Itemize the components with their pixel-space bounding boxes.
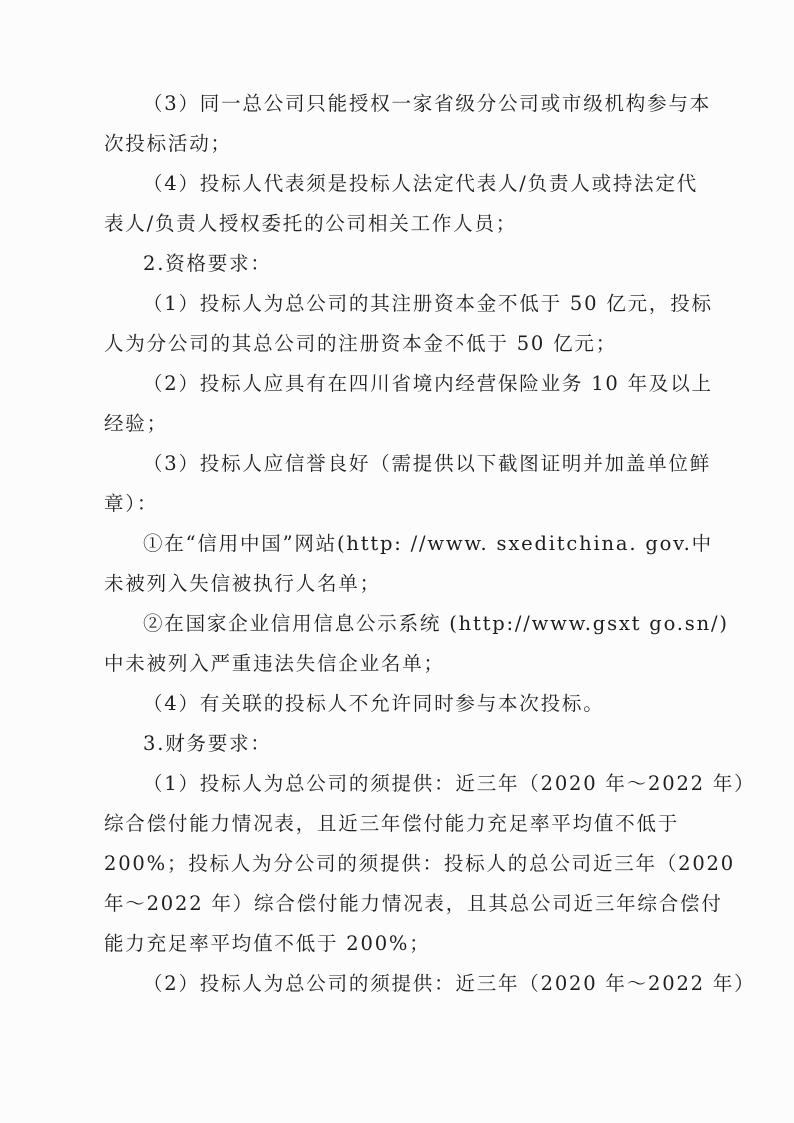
- document-page: （3）同一总公司只能授权一家省级分公司或市级机构参与本次投标活动；（4）投标人代…: [0, 0, 794, 1123]
- text-line: ②在国家企业信用信息公示系统 (http://www.gsxt go.sn/): [143, 612, 743, 636]
- section-heading: 3.财务要求：: [143, 732, 743, 756]
- text-line: ①在“信用中国”网站(http: //www. sxeditchina. gov…: [143, 532, 743, 556]
- text-line: 综合偿付能力情况表，且近三年偿付能力充足率平均值不低于: [104, 812, 704, 836]
- text-line: （3）投标人应信誉良好（需提供以下截图证明并加盖单位鲜: [143, 452, 743, 476]
- text-line: 表人/负责人授权委托的公司相关工作人员；: [104, 212, 704, 236]
- text-line: 200%；投标人为分公司的须提供：投标人的总公司近三年（2020: [104, 852, 704, 876]
- text-line: （1）投标人为总公司的其注册资本金不低于 50 亿元，投标: [143, 292, 743, 316]
- text-line: （2）投标人为总公司的须提供：近三年（2020 年～2022 年）: [143, 972, 743, 996]
- text-line: （4）有关联的投标人不允许同时参与本次投标。: [143, 692, 743, 716]
- text-line: 人为分公司的其总公司的注册资本金不低于 50 亿元；: [104, 332, 704, 356]
- text-line: 中未被列入严重违法失信企业名单；: [104, 652, 704, 676]
- text-line: （2）投标人应具有在四川省境内经营保险业务 10 年及以上: [143, 372, 743, 396]
- text-line: （3）同一总公司只能授权一家省级分公司或市级机构参与本: [143, 92, 743, 116]
- text-line: 次投标活动；: [104, 132, 704, 156]
- text-line: 未被列入失信被执行人名单；: [104, 572, 704, 596]
- text-line: 经验；: [104, 412, 704, 436]
- text-line: 年～2022 年）综合偿付能力情况表，且其总公司近三年综合偿付: [104, 892, 704, 916]
- section-heading: 2.资格要求：: [143, 252, 743, 276]
- text-line: （4）投标人代表须是投标人法定代表人/负责人或持法定代: [143, 172, 743, 196]
- text-line: 章）：: [104, 492, 704, 516]
- text-line: 能力充足率平均值不低于 200%；: [104, 932, 704, 956]
- text-line: （1）投标人为总公司的须提供：近三年（2020 年～2022 年）: [143, 772, 743, 796]
